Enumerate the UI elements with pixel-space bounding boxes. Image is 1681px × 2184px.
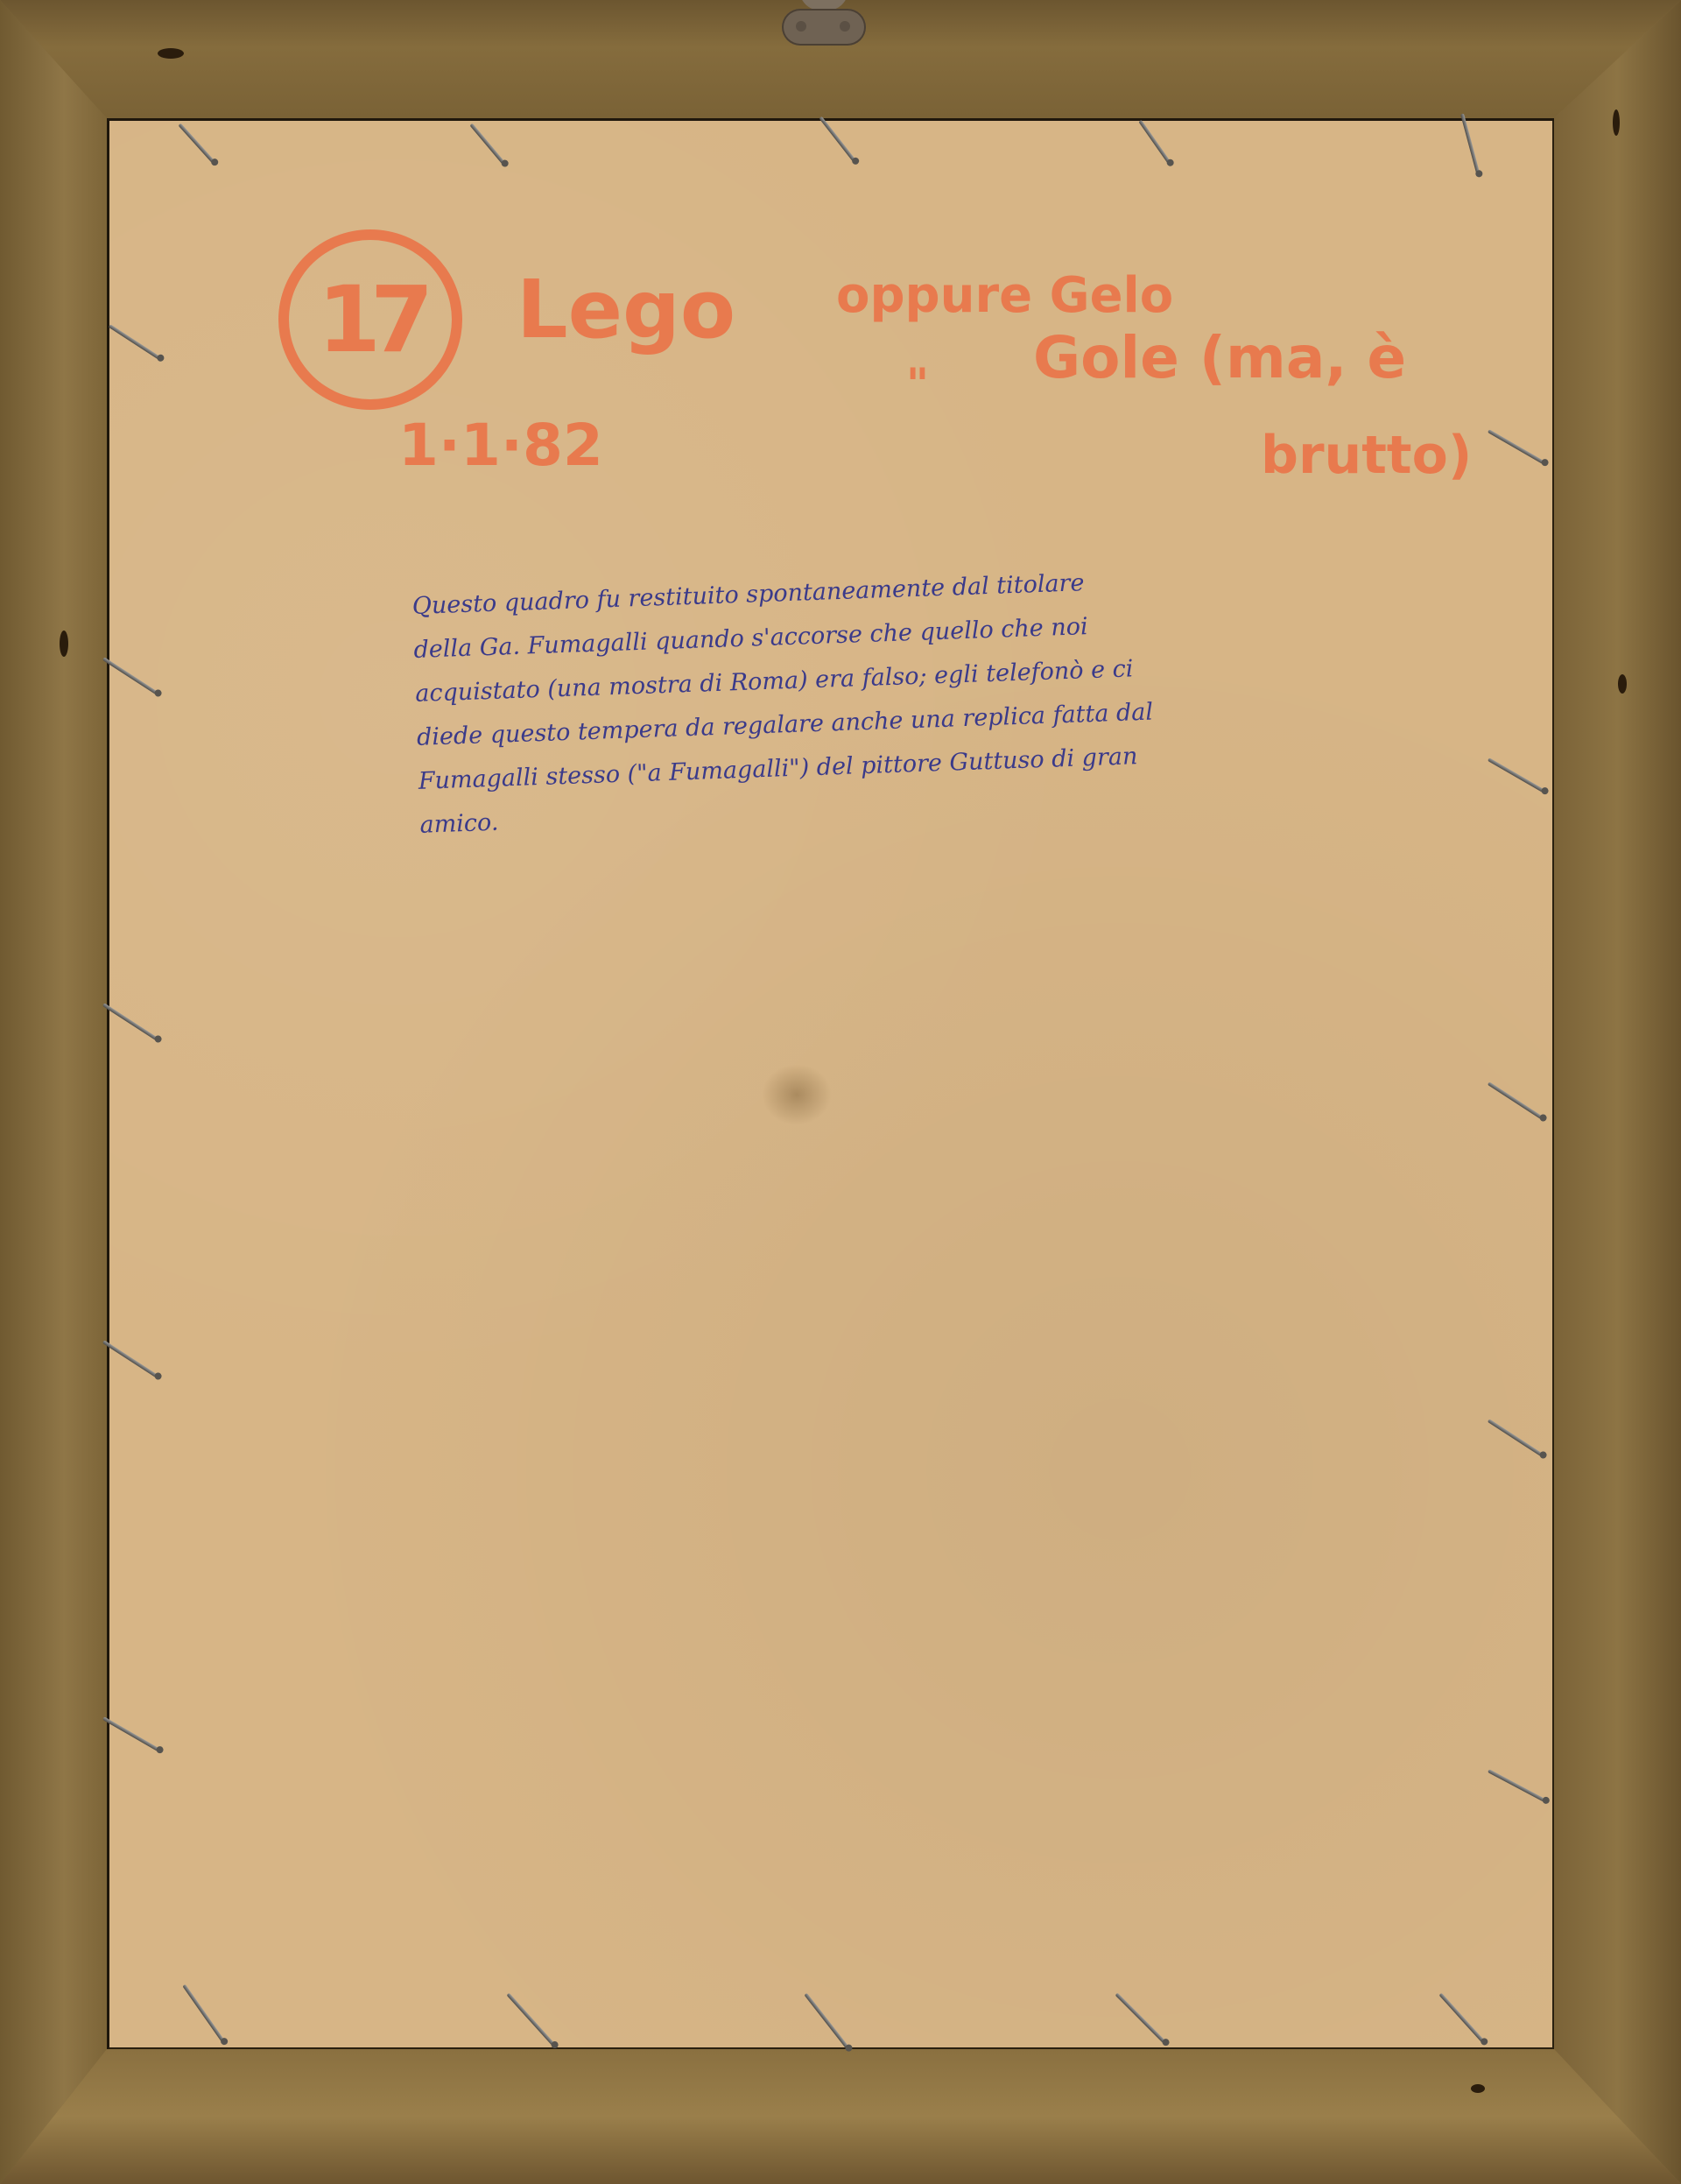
ditto-mark: " bbox=[906, 359, 929, 410]
handwritten-provenance-note: Questo quadro fu restituito spontaneamen… bbox=[411, 554, 1296, 848]
frame-bottom-rail bbox=[0, 2049, 1681, 2184]
backing-board bbox=[107, 118, 1554, 2049]
stain-mark bbox=[762, 1064, 832, 1125]
inventory-number: 17 bbox=[289, 266, 452, 373]
wood-knot bbox=[1471, 2084, 1485, 2093]
wood-knot bbox=[158, 48, 184, 59]
wood-knot bbox=[1618, 674, 1627, 694]
sawtooth-hanger-icon bbox=[782, 0, 869, 53]
frame-right-rail bbox=[1554, 0, 1681, 2184]
title-gole: Gole (ma, è bbox=[1033, 324, 1406, 391]
title-lego: Lego bbox=[517, 263, 735, 356]
title-brutto: brutto) bbox=[1261, 425, 1472, 486]
frame-left-rail bbox=[0, 0, 107, 2184]
inscription-date: 1·1·82 bbox=[398, 412, 603, 479]
title-alternative: oppure Gelo bbox=[836, 267, 1173, 324]
wood-knot bbox=[1613, 109, 1620, 136]
inventory-number-circle: 17 bbox=[278, 229, 462, 410]
turn-button-fastener bbox=[60, 631, 68, 657]
